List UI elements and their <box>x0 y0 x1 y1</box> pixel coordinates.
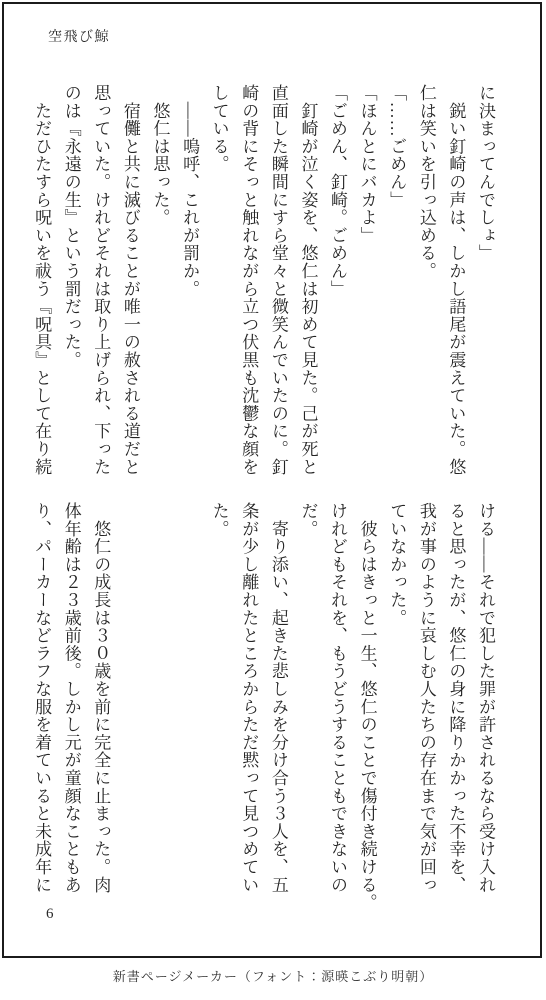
text-block-top: に決まってんでしょ」 鋭い釘崎の声は、しかし語尾が震えていた。悠 仁は笑いを引っ… <box>26 84 500 476</box>
text-column: 条が少し離れたところからただ黙って見つめてい <box>234 502 264 894</box>
text-column: している。 <box>204 84 234 476</box>
text-column: 宿儺と共に滅びることが唯一の赦される道だと <box>115 84 145 476</box>
footer-credit: 新書ページメーカー（フォント：源暎こぶり明朝） <box>0 966 546 985</box>
text-column: 鋭い釘崎の声は、しかし語尾が震えていた。悠 <box>441 84 471 476</box>
text-column: り、パーカーなどラフな服を着ていると未成年に <box>27 502 57 894</box>
text-column: 「……ごめん」 <box>382 84 412 476</box>
text-column: 直面した瞬間にすら堂々と微笑んでいたのに。釘 <box>263 84 293 476</box>
text-column: ける――それで犯した罪が許されるなら受け入れ <box>470 502 500 894</box>
text-column: 仁は笑いを引っ込める。 <box>411 84 441 476</box>
text-column: ると思ったが、悠仁の身に降りかかった不幸を、 <box>441 502 471 894</box>
running-header-title: 空飛び鯨 <box>48 26 110 46</box>
text-column <box>174 502 204 894</box>
text-column: 「ごめん、釘崎。ごめん」 <box>322 84 352 476</box>
text-column: 体年齢は２３歳前後。しかし元が童顔なこともあ <box>56 502 86 894</box>
text-column: 悠仁の成長は３０歳を前に完全に止まった。肉 <box>86 502 116 894</box>
text-column: ――嗚呼、これが罰か。 <box>174 84 204 476</box>
text-column: 崎の背にそっと触れながら立つ伏黒も沈鬱な顔を <box>234 84 264 476</box>
page-number: 6 <box>46 906 54 923</box>
text-column: 寄り添い、起きた悲しみを分け合う３人を、五 <box>263 502 293 894</box>
text-column: のは『永遠の生』という罰だった。 <box>56 84 86 476</box>
novel-page: 空飛び鯨 に決まってんでしょ」 鋭い釘崎の声は、しかし語尾が震えていた。悠 仁は… <box>0 0 546 1000</box>
text-column: た。 <box>204 502 234 894</box>
text-column: 釘崎が泣く姿を、悠仁は初めて見た。己が死と <box>293 84 323 476</box>
text-column: 思っていた。けれどそれは取り上げられ、下った <box>86 84 116 476</box>
text-column: 悠仁は思った。 <box>145 84 175 476</box>
text-column: 我が事のように哀しむ人たちの存在まで気が回っ <box>411 502 441 894</box>
text-column: に決まってんでしょ」 <box>470 84 500 476</box>
text-column: だ。 <box>293 502 323 894</box>
text-column <box>145 502 175 894</box>
text-block-bottom: ける――それで犯した罪が許されるなら受け入れ ると思ったが、悠仁の身に降りかかっ… <box>26 502 500 894</box>
text-column: 彼らはきっと一生、悠仁のことで傷付き続ける。 <box>352 502 382 894</box>
text-column: ただひたすら呪いを祓う『呪具』として在り続 <box>27 84 57 476</box>
text-column: ていなかった。 <box>382 502 412 894</box>
text-column <box>115 502 145 894</box>
text-column: 「ほんとにバカよ」 <box>352 84 382 476</box>
text-column: けれどもそれを、もうどうすることもできないの <box>322 502 352 894</box>
